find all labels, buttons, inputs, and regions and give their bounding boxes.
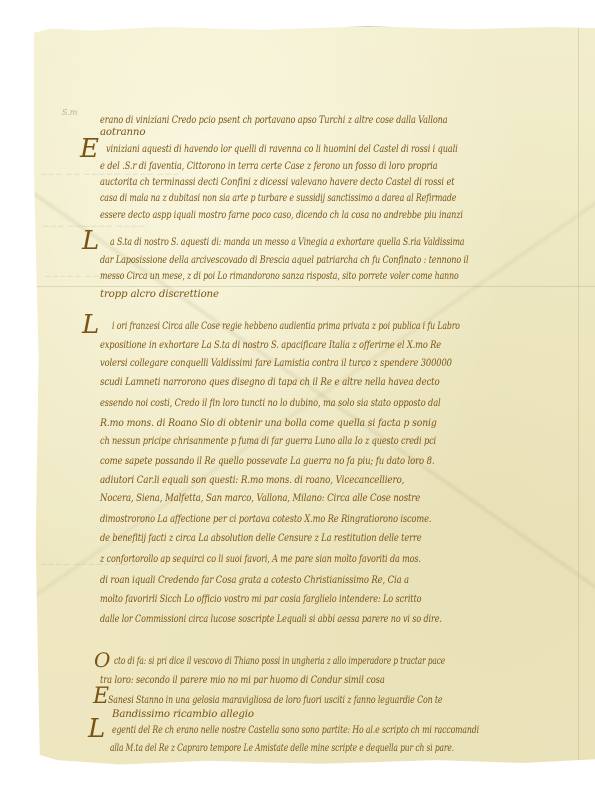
- manuscript-line: adiutori Car.li equali son questi: R.mo …: [100, 476, 404, 486]
- manuscript-line: viniziani aquesti di havendo lor quelli …: [106, 145, 458, 155]
- manuscript-line: erano di viniziani Credo pcio psent ch p…: [100, 116, 448, 126]
- manuscript-line: essere decto aspp iquali mostro farne po…: [100, 211, 463, 221]
- manuscript-line: molto favorirli Sicch Lo officio vostro …: [100, 595, 421, 605]
- manuscript-line: casa di mala na z dubitasi non sia arte …: [100, 194, 456, 204]
- manuscript-line: egenti del Re ch erano nelle nostre Cast…: [112, 726, 479, 736]
- manuscript-line: ch nessun pricipe chrisanmente p fuma di…: [100, 437, 436, 447]
- manuscript-line: expositione in exhortare La S.ta di nost…: [100, 341, 441, 351]
- manuscript-line: tra loro: secondo il parere mio no mi pa…: [100, 676, 385, 686]
- manuscript-line: auctorita ch terminassi decti Confini z …: [100, 178, 455, 188]
- manuscript-line: essendo noi costi, Credo il fin loro tun…: [100, 399, 441, 409]
- manuscript-line: cto di fa: si pri dice il vescovo di Thi…: [114, 657, 445, 667]
- manuscript-line: Sanesi Stanno in una gelosia maraviglios…: [108, 696, 442, 706]
- manuscript-line: dimostrorono La affectione per ci portav…: [100, 515, 431, 525]
- margin-note: S.m: [62, 108, 77, 117]
- manuscript-line: e del .S.r di faventia, Cittorono in ter…: [100, 162, 438, 172]
- paper-top-edge: [34, 24, 595, 27]
- manuscript-line: i ori franzesi Circa alle Cose regie heb…: [112, 322, 460, 332]
- manuscript-line: de benefitij facti z circa La absolution…: [100, 534, 422, 544]
- manuscript-line: alla M.ta del Re z Capraro tempore Le Am…: [110, 744, 454, 754]
- manuscript-line: tropp alcro discrettione: [100, 290, 219, 300]
- manuscript-line: messo Circa un mese, z di poi Lo rimando…: [100, 272, 459, 282]
- manuscript-line: volersi collegare conquelli Valdissimi f…: [100, 359, 452, 369]
- manuscript-line: di roan iquali Credendo far Cosa grata a…: [100, 576, 409, 586]
- paper-fold-horizontal: [34, 286, 595, 287]
- manuscript-line: R.mo mons. di Roano Sio di obtenir una b…: [100, 419, 437, 429]
- initial-E: E: [93, 686, 109, 708]
- initial-E: E: [80, 136, 99, 162]
- manuscript-line: Bandissimo ricambio allegio: [112, 710, 254, 720]
- initial-O: O: [94, 650, 110, 670]
- initial-L: L: [82, 312, 99, 338]
- manuscript-line: a S.ta di nostro S. aquesti di: manda un…: [110, 238, 464, 248]
- manuscript-line: Nocera, Siena, Malfetta, San marco, Vall…: [100, 494, 420, 504]
- manuscript-line: z confortorollo ap sequirci co li suoi f…: [100, 555, 421, 565]
- manuscript-line: dar Laposissione della arcivescovado di …: [100, 256, 468, 266]
- manuscript-line: come sapete possando il Re quello possev…: [100, 457, 434, 467]
- manuscript-line: aotranno: [100, 128, 145, 138]
- manuscript-line: scudi Lamneti narrorono ques disegno di …: [100, 378, 440, 388]
- initial-L: L: [82, 228, 99, 254]
- paper-fold-vertical: [578, 24, 579, 766]
- manuscript-line: dalle lor Commissioni circa lucose soscr…: [100, 615, 442, 625]
- initial-L: L: [88, 716, 105, 742]
